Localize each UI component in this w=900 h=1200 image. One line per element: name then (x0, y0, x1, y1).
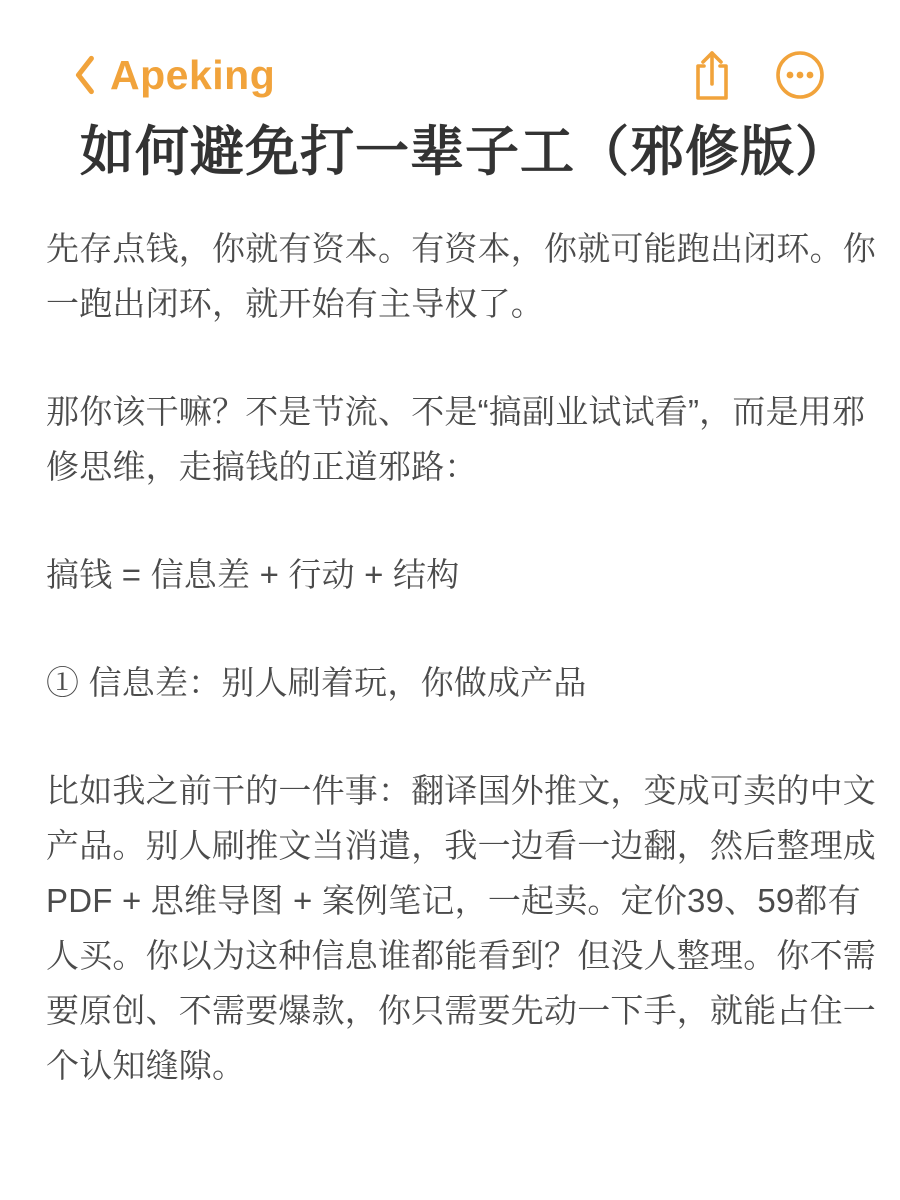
ellipsis-circle-icon (774, 49, 826, 101)
back-button-label: Apeking (110, 52, 275, 99)
nav-bar: Apeking (0, 0, 900, 104)
notes-app-page: Apeking (0, 0, 900, 1200)
share-button[interactable] (690, 46, 734, 104)
share-icon (690, 46, 734, 104)
note-paragraph[interactable]: 那你该干嘛？不是节流、不是“搞副业试试看”，而是用邪修思维，走搞钱的正道邪路： (46, 384, 882, 494)
note-paragraph[interactable]: 比如我之前干的一件事：翻译国外推文，变成可卖的中文产品。别人刷推文当消遣，我一边… (46, 763, 882, 1093)
back-button[interactable]: Apeking (72, 52, 275, 99)
nav-actions (690, 46, 826, 104)
note-body[interactable]: 先存点钱，你就有资本。有资本，你就可能跑出闭环。你一跑出闭环，就开始有主导权了。… (0, 221, 882, 1093)
chevron-left-icon (72, 53, 96, 97)
note-title[interactable]: 如何避免打一辈子工（邪修版） (80, 120, 866, 184)
note-paragraph[interactable]: ① 信息差：别人刷着玩，你做成产品 (46, 655, 882, 710)
more-button[interactable] (774, 49, 826, 101)
note-paragraph[interactable]: 先存点钱，你就有资本。有资本，你就可能跑出闭环。你一跑出闭环，就开始有主导权了。 (46, 221, 882, 331)
note-paragraph[interactable]: 搞钱 = 信息差 + 行动 + 结构 (46, 547, 882, 602)
